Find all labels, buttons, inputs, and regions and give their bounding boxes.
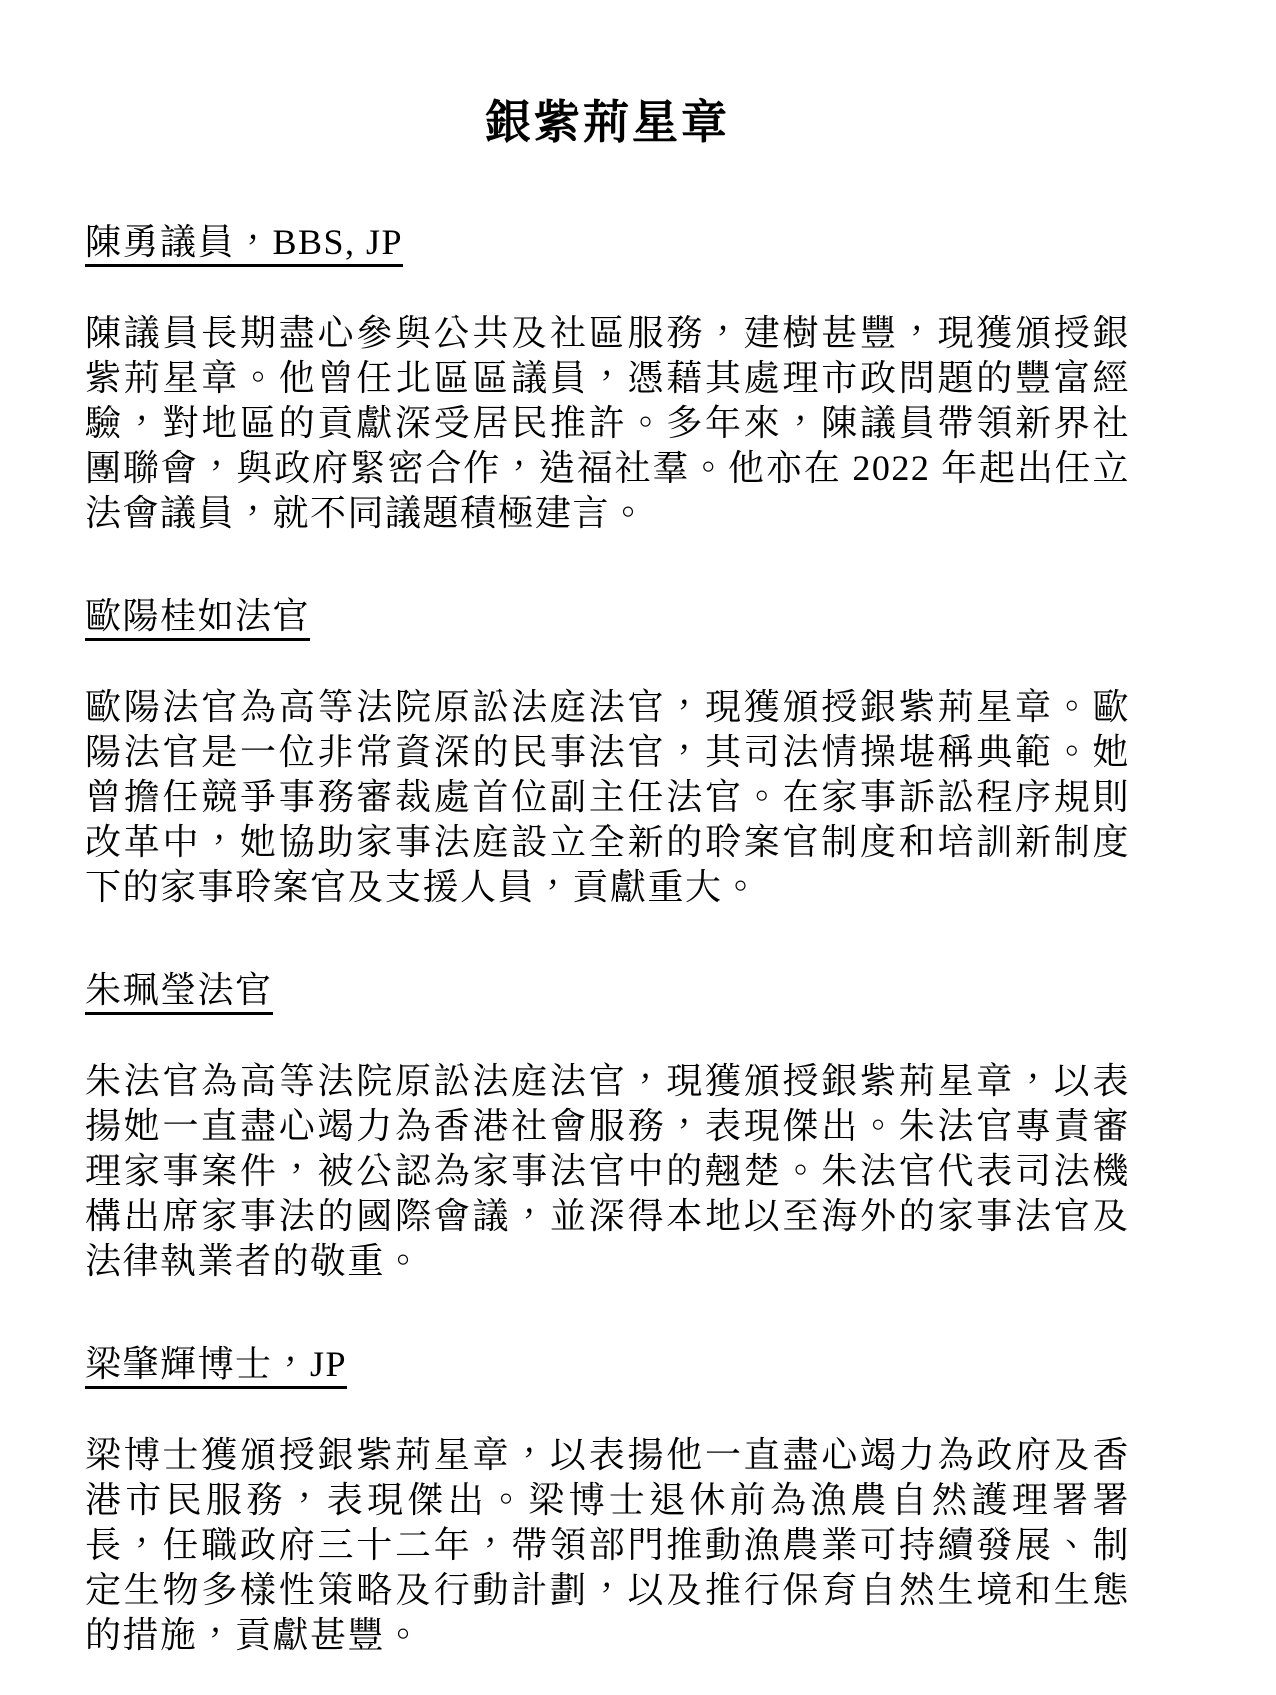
awardee-name: 歐陽桂如法官 (85, 596, 310, 641)
document-content: 銀紫荊星章 陳勇議員，BBS, JP 陳議員長期盡心參與公共及社區服務，建樹甚豐… (85, 95, 1130, 1658)
award-section: 朱珮瑩法官 朱法官為高等法院原訟法庭法官，現獲頒授銀紫荊星章，以表揚她一直盡心竭… (85, 968, 1130, 1284)
award-section: 陳勇議員，BBS, JP 陳議員長期盡心參與公共及社區服務，建樹甚豐，現獲頒授銀… (85, 220, 1130, 536)
awardee-heading: 梁肇輝博士，JP (85, 1342, 1130, 1387)
awardee-citation: 陳議員長期盡心參與公共及社區服務，建樹甚豐，現獲頒授銀紫荊星章。他曾任北區區議員… (85, 311, 1130, 536)
document-title: 銀紫荊星章 (85, 95, 1130, 150)
award-section: 梁肇輝博士，JP 梁博士獲頒授銀紫荊星章，以表揚他一直盡心竭力為政府及香港市民服… (85, 1342, 1130, 1658)
document-page: 銀紫荊星章 陳勇議員，BBS, JP 陳議員長期盡心參與公共及社區服務，建樹甚豐… (0, 0, 1276, 1695)
awardee-heading: 歐陽桂如法官 (85, 594, 1130, 639)
awardee-citation: 歐陽法官為高等法院原訟法庭法官，現獲頒授銀紫荊星章。歐陽法官是一位非常資深的民事… (85, 685, 1130, 910)
awardee-name: 朱珮瑩法官 (85, 970, 273, 1015)
awardee-name: 陳勇議員，BBS, JP (85, 222, 403, 267)
awardee-citation: 梁博士獲頒授銀紫荊星章，以表揚他一直盡心竭力為政府及香港市民服務，表現傑出。梁博… (85, 1433, 1130, 1658)
award-section: 歐陽桂如法官 歐陽法官為高等法院原訟法庭法官，現獲頒授銀紫荊星章。歐陽法官是一位… (85, 594, 1130, 910)
awardee-heading: 陳勇議員，BBS, JP (85, 220, 1130, 265)
awardee-name: 梁肇輝博士，JP (85, 1344, 347, 1389)
awardee-citation: 朱法官為高等法院原訟法庭法官，現獲頒授銀紫荊星章，以表揚她一直盡心竭力為香港社會… (85, 1059, 1130, 1284)
awardee-heading: 朱珮瑩法官 (85, 968, 1130, 1013)
